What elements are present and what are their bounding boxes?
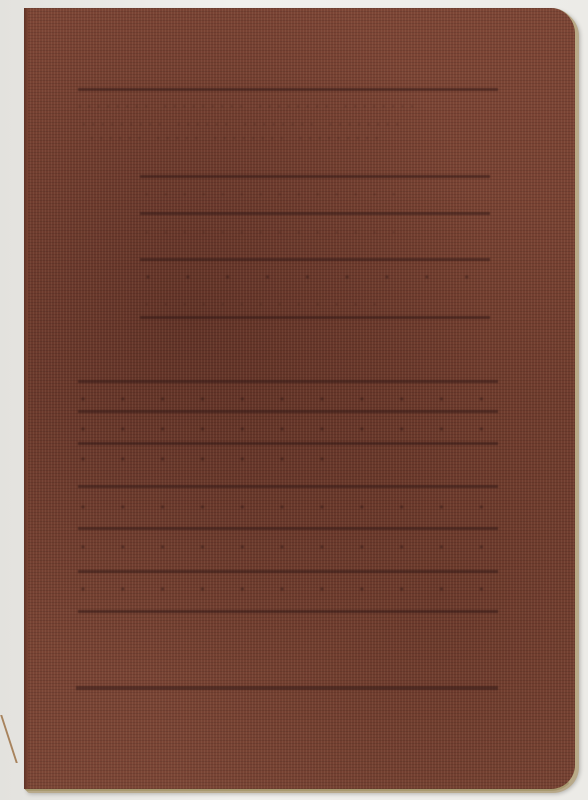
- spine-edge: [24, 8, 28, 789]
- imprint-line: · · · · · · · · · · · · · ·: [80, 390, 495, 410]
- imprint-line: · · · · · · · · · · · · ·: [145, 298, 485, 308]
- imprint-line: · · · · · · · · · · · ·: [80, 498, 495, 518]
- imprint-rule: [140, 212, 490, 215]
- imprint-bottom-rule: [76, 686, 498, 690]
- imprint-rule: [78, 527, 498, 530]
- imprint-line: · · · · · · · · · · · · · ·: [145, 188, 485, 198]
- imprint-line: · · · · · · · · · · · ·: [145, 268, 485, 288]
- imprint-line: · · · · · · · · · · · · ·: [80, 538, 495, 558]
- imprint-rule: [140, 316, 490, 319]
- imprint-rule: [78, 442, 498, 445]
- imprint-line: ······ ····· ········ ·········: [90, 132, 490, 142]
- imprint-line: · · · · · · · · · · · · · ·: [145, 226, 485, 236]
- imprint-rule: [78, 380, 498, 383]
- imprint-line: · · · · · · · · · · · · ·: [80, 420, 495, 440]
- imprint-rule: [140, 258, 490, 261]
- imprint-line: · · · · · · · · · · · · ·: [80, 580, 495, 600]
- imprint-rule: [140, 175, 490, 178]
- imprint-rule: [78, 485, 498, 488]
- imprint-rule: [78, 610, 498, 613]
- imprint-rule: [78, 88, 498, 91]
- imprint-line: · · · · · · ·: [80, 450, 495, 470]
- imprint-line: ········ ········· ········ ········: [78, 100, 498, 110]
- imprint-line: ········· ······ ········ ········: [82, 118, 492, 128]
- imprint-rule: [78, 570, 498, 573]
- imprint-rule: [78, 410, 498, 413]
